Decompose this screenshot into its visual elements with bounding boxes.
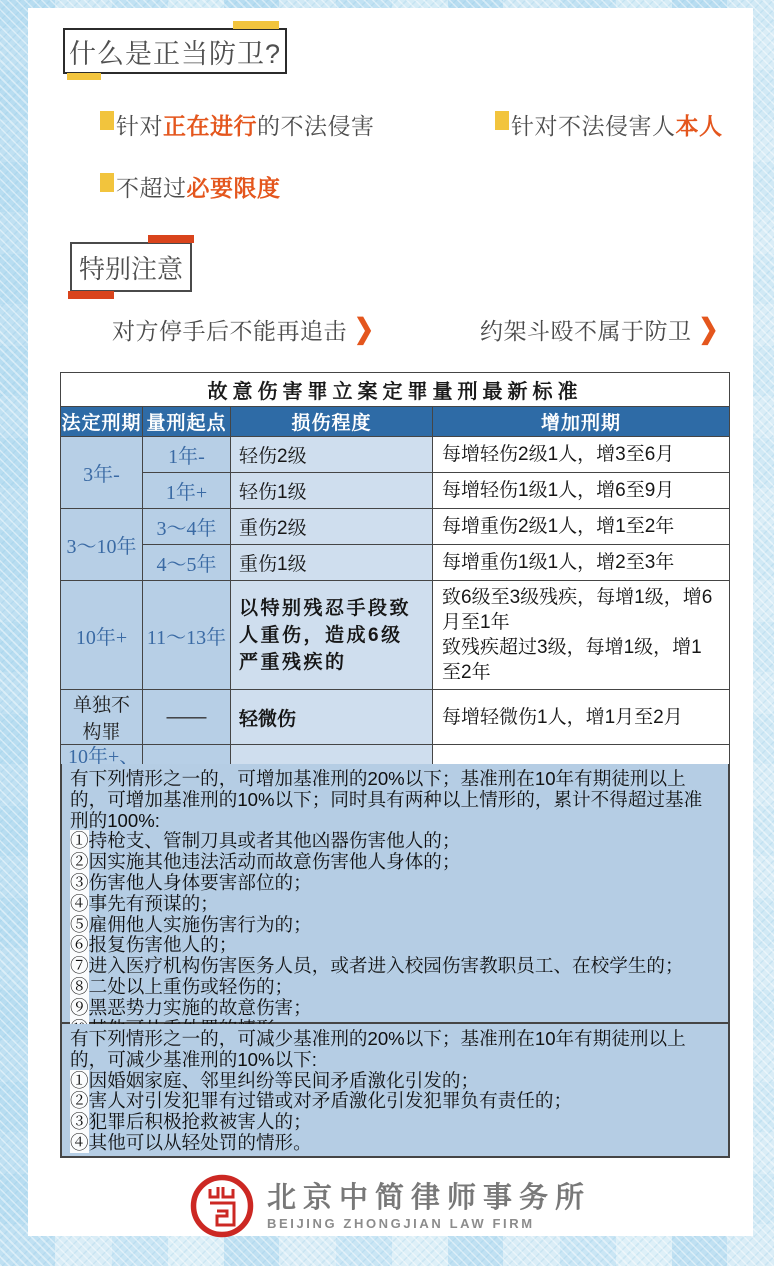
yellow-accent-bar (233, 21, 279, 29)
law-firm-name: 北京中简律师事务所 BEIJING ZHONGJIAN LAW FIRM (267, 1182, 591, 1231)
chevron-right-icon: ❯ (354, 313, 374, 346)
term-cell: 10年+ (61, 581, 143, 690)
sentencing-standards-table: 故意伤害罪立案定罪量刑最新标准 法定刑期 量刑起点 损伤程度 增加刑期 3年- … (60, 372, 730, 813)
page-title: 什么是正当防卫? (69, 32, 281, 71)
note-item: ①因婚姻家庭、邻里纠纷等民间矛盾激化引发的； (70, 1071, 720, 1092)
note-intro: 有下列情形之一的，可增加基准刑的20%以下；基准刑在10年有期徒刑以上的，可增加… (70, 769, 720, 831)
add-term-cell: 每增轻伤2级1人，增3至6月 (433, 437, 730, 473)
start-cell: 1年+ (143, 473, 231, 509)
degree-cell: 轻伤1级 (231, 473, 433, 509)
note-item: ⑧二处以上重伤或轻伤的； (70, 977, 720, 998)
caution-item: 约架斗殴不属于防卫 ❯ (480, 313, 719, 346)
start-cell: —— (143, 690, 231, 745)
table-title: 故意伤害罪立案定罪量刑最新标准 (61, 373, 730, 407)
start-cell: 11～13年 (143, 581, 231, 690)
column-header: 量刑起点 (143, 407, 231, 437)
content-panel: 什么是正当防卫? 针对正在进行的不法侵害 针对不法侵害人本人 不超过必要限度 特… (28, 8, 753, 1236)
degree-cell: 轻微伤 (231, 690, 433, 745)
notice-title-box: 特别注意 (70, 242, 192, 292)
aggravating-circumstances-note: 有下列情形之一的，可增加基准刑的20%以下；基准刑在10年有期徒刑以上的，可增加… (60, 764, 730, 1024)
defense-rule-item: 针对正在进行的不法侵害 (100, 108, 375, 141)
add-term-cell: 致6级至3级残疾，每增1级，增6月至1年 致残疾超过3级，每增1级，增1至2年 (433, 581, 730, 690)
note-item: ③犯罪后积极抢救被害人的； (70, 1112, 720, 1133)
start-cell: 1年- (143, 437, 231, 473)
column-header: 法定刑期 (61, 407, 143, 437)
caution-item: 对方停手后不能再追击 ❯ (112, 313, 374, 346)
red-accent-bar (148, 235, 194, 243)
note-item: ②因实施其他违法活动而故意伤害他人身体的； (70, 852, 720, 873)
law-firm-footer: 北京中简律师事务所 BEIJING ZHONGJIAN LAW FIRM (28, 1176, 753, 1236)
note-item: ②害人对引发犯罪有过错或对矛盾激化引发犯罪负有责任的； (70, 1091, 720, 1112)
defense-rule-text: 不超过必要限度 (116, 170, 281, 203)
chevron-right-icon: ❯ (699, 313, 719, 346)
degree-cell: 重伤2级 (231, 509, 433, 545)
caution-text: 对方停手后不能再追击 (112, 313, 347, 346)
column-header: 增加刑期 (433, 407, 730, 437)
yellow-square-bullet-icon (495, 111, 509, 130)
add-term-cell: 每增重伤2级1人，增1至2年 (433, 509, 730, 545)
degree-cell: 以特别残忍手段致人重伤，造成6级严重残疾的 (231, 581, 433, 690)
add-term-cell: 每增轻伤1级1人，增6至9月 (433, 473, 730, 509)
note-item: ⑨黑恶势力实施的故意伤害； (70, 998, 720, 1019)
add-term-cell: 每增轻微伤1人，增1月至2月 (433, 690, 730, 745)
note-item: ③伤害他人身体要害部位的； (70, 873, 720, 894)
term-cell: 3年- (61, 437, 143, 509)
defense-rule-item: 针对不法侵害人本人 (495, 108, 723, 141)
note-item: ④其他可以从轻处罚的情形。 (70, 1133, 720, 1154)
red-accent-bar (68, 291, 114, 299)
start-cell: 4～5年 (143, 545, 231, 581)
term-cell: 单独不构罪 (61, 690, 143, 745)
note-item: ⑦进入医疗机构伤害医务人员，或者进入校园伤害教职员工、在校学生的； (70, 956, 720, 977)
table-row: 3年- 1年- 轻伤2级 每增轻伤2级1人，增3至6月 (61, 437, 730, 473)
law-firm-name-cn: 北京中简律师事务所 (267, 1182, 591, 1214)
add-term-cell: 每增重伤1级1人，增2至3年 (433, 545, 730, 581)
column-header: 损伤程度 (231, 407, 433, 437)
defense-rule-text: 针对正在进行的不法侵害 (116, 108, 375, 141)
yellow-square-bullet-icon (100, 111, 114, 130)
degree-cell: 重伤1级 (231, 545, 433, 581)
notice-title: 特别注意 (79, 249, 183, 286)
note-item: ①持枪支、管制刀具或者其他凶器伤害他人的； (70, 831, 720, 852)
law-firm-logo-icon (190, 1174, 254, 1238)
note-item: ④事先有预谋的； (70, 894, 720, 915)
table-row: 10年+ 11～13年 以特别残忍手段致人重伤，造成6级严重残疾的 致6级至3级… (61, 581, 730, 690)
degree-cell: 轻伤2级 (231, 437, 433, 473)
mitigating-circumstances-note: 有下列情形之一的，可减少基准刑的20%以下；基准刑在10年有期徒刑以上的，可减少… (60, 1024, 730, 1158)
intro-title-box: 什么是正当防卫? (63, 28, 287, 74)
caution-text: 约架斗殴不属于防卫 (480, 313, 692, 346)
defense-rule-item: 不超过必要限度 (100, 170, 281, 203)
table-row: 单独不构罪 —— 轻微伤 每增轻微伤1人，增1月至2月 (61, 690, 730, 745)
start-cell: 3～4年 (143, 509, 231, 545)
term-cell: 3～10年 (61, 509, 143, 581)
law-firm-name-en: BEIJING ZHONGJIAN LAW FIRM (267, 1216, 591, 1231)
yellow-accent-bar (67, 73, 101, 80)
table-row: 4～5年 重伤1级 每增重伤1级1人，增2至3年 (61, 545, 730, 581)
table-row: 3～10年 3～4年 重伤2级 每增重伤2级1人，增1至2年 (61, 509, 730, 545)
defense-rule-text: 针对不法侵害人本人 (511, 108, 723, 141)
table-row: 1年+ 轻伤1级 每增轻伤1级1人，增6至9月 (61, 473, 730, 509)
yellow-square-bullet-icon (100, 173, 114, 192)
note-item: ⑥报复伤害他人的； (70, 935, 720, 956)
note-intro: 有下列情形之一的，可减少基准刑的20%以下；基准刑在10年有期徒刑以上的，可减少… (70, 1029, 720, 1071)
note-item: ⑤雇佣他人实施伤害行为的； (70, 915, 720, 936)
